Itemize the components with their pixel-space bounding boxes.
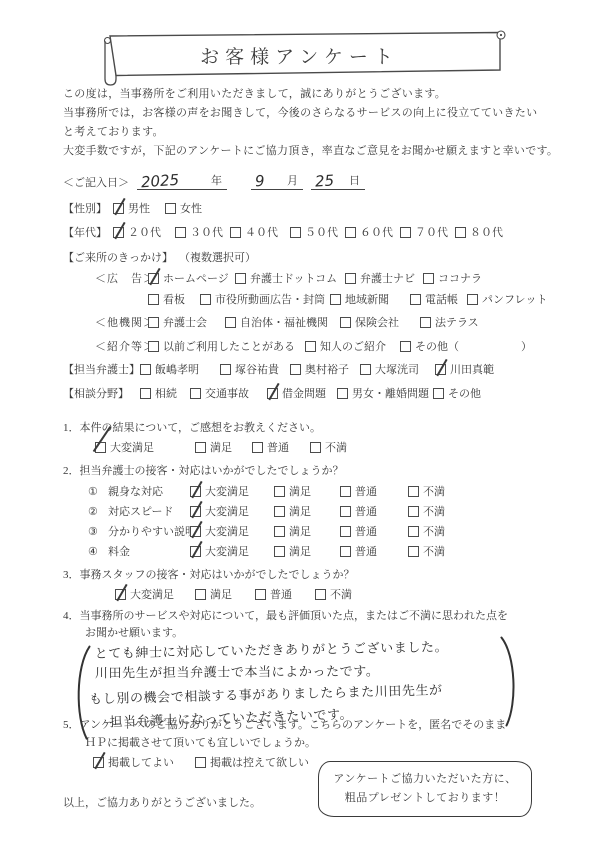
- gift-notice-line: アンケートご協力いただいた方に、: [319, 770, 531, 789]
- opt-lawyer-tsukaya[interactable]: 塚谷祐貴: [220, 361, 290, 377]
- item-number: ②: [88, 505, 108, 518]
- opt-age-20s[interactable]: ２０代: [113, 224, 175, 240]
- q1-options-row: 大変満足 満足 普通 不満: [95, 439, 347, 455]
- checkbox-field-other[interactable]: [433, 388, 444, 399]
- intro-line: 大変手数ですが，下記のアンケートにご協力頂き，率直なご意見をお聞かせ願えますと幸…: [63, 142, 558, 161]
- opt-age-70s[interactable]: ７０代: [400, 224, 455, 240]
- checkbox-label: 満足: [210, 586, 232, 602]
- opt-q3-dissatisfied[interactable]: 不満: [315, 586, 352, 602]
- opt-q2-1-very-satisfied[interactable]: 大変満足: [190, 483, 274, 499]
- entry-date-label: ＜ご記入日＞: [63, 174, 129, 190]
- checkbox-label: 交通事故: [205, 385, 249, 401]
- opt-homepage[interactable]: ホームページ: [148, 270, 235, 286]
- opt-field-other[interactable]: その他: [433, 385, 481, 401]
- handwritten-year: 2025: [141, 174, 180, 190]
- opt-phonebook[interactable]: 電話帳: [410, 291, 467, 307]
- q2-item-row: ② 対応スピード 大変満足 満足 普通 不満: [88, 503, 445, 519]
- checkbox-insurance-company[interactable]: [340, 317, 351, 328]
- checkbox-label: 知人のご紹介: [320, 338, 386, 354]
- checkbox-q2-4-normal[interactable]: [340, 546, 351, 557]
- opt-lawyer-okumura[interactable]: 奥村裕子: [290, 361, 360, 377]
- consult-field-row: 【相談分野】 相続 交通事故 借金問題 男女・離婚問題 その他: [63, 385, 481, 401]
- checkbox-label: ２０代: [128, 224, 161, 240]
- item-label: 親身な対応: [108, 483, 190, 499]
- checkbox-age-70s[interactable]: [400, 227, 411, 238]
- checkbox-publish-no[interactable]: [195, 757, 206, 768]
- checkbox-label: 相続: [155, 385, 177, 401]
- checkbox-pamphlet[interactable]: [467, 294, 478, 305]
- checkbox-label: 掲載してよい: [108, 754, 174, 770]
- checkbox-label: 塚谷祐貴: [235, 361, 279, 377]
- checkbox-label: 不満: [423, 543, 445, 559]
- lawyer-label: 【担当弁護士】: [63, 361, 140, 377]
- q2-item-row: ① 親身な対応 大変満足 満足 普通 不満: [88, 483, 445, 499]
- opt-divorce-problem[interactable]: 男女・離婚問題: [337, 385, 433, 401]
- checkbox-label: 普通: [355, 483, 377, 499]
- opt-inheritance[interactable]: 相続: [140, 385, 190, 401]
- checkbox-age-30s[interactable]: [175, 227, 186, 238]
- opt-other-reason[interactable]: その他（: [400, 338, 459, 354]
- q2-item-row: ④ 料金 大変満足 満足 普通 不満: [88, 543, 445, 559]
- opt-lawyer-iijima[interactable]: 飯嶋孝明: [140, 361, 220, 377]
- item-label: 対応スピード: [108, 503, 190, 519]
- opt-q2-2-dissatisfied[interactable]: 不満: [408, 503, 445, 519]
- checkbox-q2-1-normal[interactable]: [340, 486, 351, 497]
- checkbox-lawyer-okumura[interactable]: [290, 364, 301, 375]
- checkbox-label: 普通: [355, 503, 377, 519]
- checkbox-age-40s[interactable]: [230, 227, 241, 238]
- checkbox-houterasu[interactable]: [420, 317, 431, 328]
- checkbox-label: 市役所動画広告・封筒: [215, 291, 325, 307]
- item-number: ③: [88, 525, 108, 538]
- q5-options-row: 掲載してよい 掲載は控えて欲しい: [93, 754, 309, 770]
- checkbox-q1-dissatisfied[interactable]: [310, 442, 321, 453]
- opt-female[interactable]: 女性: [165, 200, 202, 216]
- visit-referral-row: ＜紹介等＞ 以前ご利用したことがある 知人のご紹介 その他（ ）: [95, 338, 532, 354]
- survey-document: お客様アンケート この度は，当事務所をご利用いただきまして，誠にありがとうござい…: [0, 0, 600, 847]
- checkbox-label: 男性: [128, 200, 150, 216]
- checkbox-label: 看板: [163, 291, 185, 307]
- checkbox-homepage[interactable]: [148, 273, 159, 284]
- intro-line: この度は，当事務所をご利用いただきまして，誠にありがとうございます。: [63, 85, 558, 104]
- checkbox-municipality[interactable]: [225, 317, 236, 328]
- entry-date-row: ＜ご記入日＞ 2025 年 9 月 25 日: [63, 172, 365, 190]
- opt-acquaintance-referral[interactable]: 知人のご紹介: [305, 338, 400, 354]
- checkbox-q3-satisfied[interactable]: [195, 589, 206, 600]
- other-paren-close: ）: [521, 338, 532, 354]
- item-number: ①: [88, 485, 108, 498]
- opt-q2-2-normal[interactable]: 普通: [340, 503, 408, 519]
- checkbox-q2-3-very-satisfied[interactable]: [190, 526, 201, 537]
- opt-q2-4-normal[interactable]: 普通: [340, 543, 408, 559]
- checkbox-label: 不満: [423, 483, 445, 499]
- opt-municipality[interactable]: 自治体・福祉機関: [225, 314, 340, 330]
- opt-q2-1-satisfied[interactable]: 満足: [274, 483, 340, 499]
- checkbox-q3-very-satisfied[interactable]: [115, 589, 126, 600]
- consult-field-label: 【相談分野】: [63, 385, 140, 401]
- checkbox-label: 川田真範: [450, 361, 494, 377]
- gender-row: 【性別】 男性 女性: [63, 200, 202, 216]
- q3-heading: 3．事務スタッフの接客・対応はいかがでしたでしょうか？: [63, 566, 355, 582]
- opt-lawyer-kawada[interactable]: 川田真範: [435, 361, 494, 377]
- q4-heading-line2: お聞かせ願います。: [85, 624, 183, 640]
- day-unit: 日: [349, 172, 361, 188]
- checkbox-bengoshi-com[interactable]: [235, 273, 246, 284]
- opt-pamphlet[interactable]: パンフレット: [467, 291, 547, 307]
- opt-q2-3-very-satisfied[interactable]: 大変満足: [190, 523, 274, 539]
- opt-publish-no[interactable]: 掲載は控えて欲しい: [195, 754, 309, 770]
- opt-insurance-company[interactable]: 保険会社: [340, 314, 420, 330]
- opt-q1-normal[interactable]: 普通: [252, 439, 310, 455]
- opt-q1-dissatisfied[interactable]: 不満: [310, 439, 347, 455]
- item-number: ④: [88, 545, 108, 558]
- checkbox-bar-association[interactable]: [148, 317, 159, 328]
- item-label: 分かりやすい説明: [108, 523, 190, 539]
- checkbox-age-50s[interactable]: [290, 227, 301, 238]
- opt-local-newspaper[interactable]: 地域新聞: [330, 291, 410, 307]
- checkbox-q1-normal[interactable]: [252, 442, 263, 453]
- checkbox-label: 大変満足: [130, 586, 174, 602]
- checkbox-signboard[interactable]: [148, 294, 159, 305]
- checkbox-age-80s[interactable]: [455, 227, 466, 238]
- checkbox-lawyer-otsuka[interactable]: [360, 364, 371, 375]
- checkbox-label: 飯嶋孝明: [155, 361, 199, 377]
- checkbox-lawyer-kawada[interactable]: [435, 364, 446, 375]
- category-other-orgs: ＜他機関＞: [95, 314, 148, 330]
- checkbox-label: 女性: [180, 200, 202, 216]
- checkbox-label: パンフレット: [482, 291, 547, 307]
- checkbox-used-before[interactable]: [148, 341, 159, 352]
- checkbox-label: 普通: [355, 543, 377, 559]
- checkbox-label: ８０代: [470, 224, 503, 240]
- checkbox-label: ３０代: [190, 224, 223, 240]
- checkbox-label: 弁護士会: [163, 314, 207, 330]
- opt-q2-1-dissatisfied[interactable]: 不満: [408, 483, 445, 499]
- intro-line: 当事務所では，お客様の声をお聞きして，今後のさらなるサービスの向上に役立てていき…: [63, 104, 558, 123]
- opt-q2-4-dissatisfied[interactable]: 不満: [408, 543, 445, 559]
- checkbox-q2-1-satisfied[interactable]: [274, 486, 285, 497]
- opt-houterasu[interactable]: 法テラス: [420, 314, 479, 330]
- opt-q3-very-satisfied[interactable]: 大変満足: [115, 586, 195, 602]
- intro-paragraph: この度は，当事務所をご利用いただきまして，誠にありがとうございます。 当事務所で…: [63, 85, 558, 161]
- checkbox-q2-2-satisfied[interactable]: [274, 506, 285, 517]
- page-title: お客様アンケート: [97, 42, 502, 69]
- q1-heading: 1．本件の結果について，ご感想をお教えください。: [63, 419, 321, 435]
- checkbox-label: 以前ご利用したことがある: [163, 338, 295, 354]
- checkbox-q2-2-very-satisfied[interactable]: [190, 506, 201, 517]
- opt-bengoshi-navi[interactable]: 弁護士ナビ: [345, 270, 423, 286]
- checkbox-label: 掲載は控えて欲しい: [210, 754, 309, 770]
- opt-q3-satisfied[interactable]: 満足: [195, 586, 255, 602]
- opt-q2-2-very-satisfied[interactable]: 大変満足: [190, 503, 274, 519]
- checkbox-traffic-accident[interactable]: [190, 388, 201, 399]
- q3-options-row: 大変満足 満足 普通 不満: [115, 586, 352, 602]
- checkbox-q2-4-dissatisfied[interactable]: [408, 546, 419, 557]
- checkbox-label: 自治体・福祉機関: [240, 314, 328, 330]
- visit-ad-row-2: 看板 市役所動画広告・封筒 地域新聞 電話帳 パンフレット: [148, 291, 547, 307]
- checkbox-label: ココナラ: [438, 270, 482, 286]
- age-label: 【年代】: [63, 224, 113, 240]
- checkbox-label: 普通: [267, 439, 289, 455]
- date-year-field[interactable]: 2025 年: [137, 172, 227, 190]
- checkbox-inheritance[interactable]: [140, 388, 151, 399]
- checkbox-label: 大塚洸司: [375, 361, 419, 377]
- checkbox-q2-3-dissatisfied[interactable]: [408, 526, 419, 537]
- opt-q2-3-satisfied[interactable]: 満足: [274, 523, 340, 539]
- opt-age-40s[interactable]: ４０代: [230, 224, 290, 240]
- checkbox-label: 満足: [289, 483, 311, 499]
- handwritten-day: 25: [315, 174, 335, 188]
- title-banner: お客様アンケート: [97, 27, 512, 89]
- gender-label: 【性別】: [63, 200, 113, 216]
- date-day-field[interactable]: 25 日: [311, 172, 365, 190]
- checkbox-label: ６０代: [360, 224, 393, 240]
- checkbox-label: 大変満足: [205, 503, 249, 519]
- checkbox-label: 不満: [325, 439, 347, 455]
- checkbox-label: 不満: [423, 503, 445, 519]
- opt-publish-ok[interactable]: 掲載してよい: [93, 754, 195, 770]
- opt-signboard[interactable]: 看板: [148, 291, 200, 307]
- checkbox-label: 法テラス: [435, 314, 479, 330]
- checkbox-coconala[interactable]: [423, 273, 434, 284]
- checkbox-label: 男女・離婚問題: [352, 385, 429, 401]
- checkbox-lawyer-tsukaya[interactable]: [220, 364, 231, 375]
- checkbox-label: 満足: [289, 523, 311, 539]
- opt-male[interactable]: 男性: [113, 200, 165, 216]
- age-row: 【年代】 ２０代 ３０代 ４０代 ５０代 ６０代 ７０代 ８０代: [63, 224, 503, 240]
- checkbox-q2-3-normal[interactable]: [340, 526, 351, 537]
- opt-bar-association[interactable]: 弁護士会: [148, 314, 225, 330]
- opt-q2-2-satisfied[interactable]: 満足: [274, 503, 340, 519]
- lawyer-row: 【担当弁護士】 飯嶋孝明 塚谷祐貴 奥村裕子 大塚洸司 川田真範: [63, 361, 494, 377]
- checkbox-q2-2-dissatisfied[interactable]: [408, 506, 419, 517]
- checkbox-label: その他: [448, 385, 481, 401]
- category-referral: ＜紹介等＞: [95, 338, 148, 354]
- opt-q2-3-normal[interactable]: 普通: [340, 523, 408, 539]
- opt-debt-problem[interactable]: 借金問題: [267, 385, 337, 401]
- checkbox-q2-2-normal[interactable]: [340, 506, 351, 517]
- checkbox-cityhall-ad[interactable]: [200, 294, 211, 305]
- q2-heading: 2．担当弁護士の接客・対応はいかがでしたでしょうか？: [63, 462, 344, 478]
- year-unit: 年: [211, 172, 223, 188]
- q4-heading-line1: 4．当事務所のサービスや対応について，最も評価頂いた点，またはご不満に思われた点…: [63, 607, 508, 623]
- checkbox-label: 普通: [355, 523, 377, 539]
- checkbox-q1-satisfied[interactable]: [195, 442, 206, 453]
- opt-bengoshi-com[interactable]: 弁護士ドットコム: [235, 270, 345, 286]
- q2-item-row: ③ 分かりやすい説明 大変満足 満足 普通 不満: [88, 523, 445, 539]
- checkbox-label: 弁護士ドットコム: [250, 270, 337, 286]
- checkbox-q1-very-satisfied[interactable]: [95, 442, 106, 453]
- category-advertising: ＜広 告＞: [95, 270, 148, 286]
- checkbox-other-reason[interactable]: [400, 341, 411, 352]
- checkbox-label: ７０代: [415, 224, 448, 240]
- opt-q2-1-normal[interactable]: 普通: [340, 483, 408, 499]
- checkbox-age-20s[interactable]: [113, 227, 124, 238]
- item-label: 料金: [108, 543, 190, 559]
- checkbox-female[interactable]: [165, 203, 176, 214]
- checkbox-label: その他（: [415, 338, 459, 354]
- handwritten-month: 9: [255, 175, 265, 189]
- checkbox-label: 弁護士ナビ: [360, 270, 415, 286]
- checkbox-debt-problem[interactable]: [267, 388, 278, 399]
- checkbox-label: 借金問題: [282, 385, 326, 401]
- checkbox-q2-3-satisfied[interactable]: [274, 526, 285, 537]
- q5-heading-line2: ＨＰに掲載させて頂いても宜しいでしょうか。: [85, 734, 316, 750]
- checkbox-label: 満足: [289, 543, 311, 559]
- checkbox-label: 奥村裕子: [305, 361, 349, 377]
- opt-age-60s[interactable]: ６０代: [345, 224, 400, 240]
- q5-heading-line1: 5．アンケートへのご協力ありがとうございます。こちらのアンケートを，匿名でそのま…: [63, 716, 506, 732]
- opt-lawyer-otsuka[interactable]: 大塚洸司: [360, 361, 435, 377]
- checkbox-q3-dissatisfied[interactable]: [315, 589, 326, 600]
- checkbox-divorce-problem[interactable]: [337, 388, 348, 399]
- checkbox-male[interactable]: [113, 203, 124, 214]
- checkbox-acquaintance-referral[interactable]: [305, 341, 316, 352]
- opt-q1-very-satisfied[interactable]: 大変満足: [95, 439, 195, 455]
- checkbox-age-60s[interactable]: [345, 227, 356, 238]
- checkbox-label: 大変満足: [205, 483, 249, 499]
- intro-line: と考えております。: [63, 123, 558, 142]
- visit-org-row: ＜他機関＞ 弁護士会 自治体・福祉機関 保険会社 法テラス: [95, 314, 479, 330]
- checkbox-label: 地域新聞: [345, 291, 389, 307]
- checkbox-label: 満足: [289, 503, 311, 519]
- opt-age-50s[interactable]: ５０代: [290, 224, 345, 240]
- checkbox-q3-normal[interactable]: [255, 589, 266, 600]
- date-month-field[interactable]: 9 月: [251, 172, 303, 190]
- checkbox-label: 大変満足: [205, 523, 249, 539]
- checkbox-label: 大変満足: [205, 543, 249, 559]
- checkbox-q2-1-very-satisfied[interactable]: [190, 486, 201, 497]
- checkbox-label: 保険会社: [355, 314, 399, 330]
- visit-ad-row: ＜広 告＞ ホームページ 弁護士ドットコム 弁護士ナビ ココナラ: [95, 270, 482, 286]
- opt-q3-normal[interactable]: 普通: [255, 586, 315, 602]
- checkbox-label: ホームページ: [163, 270, 229, 286]
- checkbox-q2-4-very-satisfied[interactable]: [190, 546, 201, 557]
- opt-q2-3-dissatisfied[interactable]: 不満: [408, 523, 445, 539]
- gift-notice-box: アンケートご協力いただいた方に、 粗品プレゼントしております！: [318, 761, 532, 817]
- checkbox-publish-ok[interactable]: [93, 757, 104, 768]
- checkbox-label: 満足: [210, 439, 232, 455]
- checkbox-lawyer-iijima[interactable]: [140, 364, 151, 375]
- checkbox-label: 不満: [423, 523, 445, 539]
- checkbox-q2-4-satisfied[interactable]: [274, 546, 285, 557]
- opt-age-30s[interactable]: ３０代: [175, 224, 230, 240]
- opt-q1-satisfied[interactable]: 満足: [195, 439, 252, 455]
- checkbox-phonebook[interactable]: [410, 294, 421, 305]
- opt-cityhall-ad[interactable]: 市役所動画広告・封筒: [200, 291, 330, 307]
- visit-reason-header: 【ご来所のきっかけ】 （複数選択可）: [63, 249, 256, 265]
- checkbox-label: 不満: [330, 586, 352, 602]
- opt-traffic-accident[interactable]: 交通事故: [190, 385, 267, 401]
- month-unit: 月: [287, 172, 299, 188]
- checkbox-label: 電話帳: [425, 291, 458, 307]
- closing-text: 以上，ご協力ありがとうございました。: [63, 794, 261, 810]
- visit-reason-note: （複数選択可）: [179, 249, 256, 265]
- opt-age-80s[interactable]: ８０代: [455, 224, 503, 240]
- checkbox-label: ５０代: [305, 224, 338, 240]
- checkbox-label: 普通: [270, 586, 292, 602]
- checkbox-label: ４０代: [245, 224, 278, 240]
- opt-coconala[interactable]: ココナラ: [423, 270, 482, 286]
- opt-q2-4-satisfied[interactable]: 満足: [274, 543, 340, 559]
- checkbox-label: 大変満足: [110, 439, 154, 455]
- checkbox-q2-1-dissatisfied[interactable]: [408, 486, 419, 497]
- opt-q2-4-very-satisfied[interactable]: 大変満足: [190, 543, 274, 559]
- opt-used-before[interactable]: 以前ご利用したことがある: [148, 338, 305, 354]
- visit-reason-label: 【ご来所のきっかけ】: [63, 249, 173, 265]
- gift-notice-line: 粗品プレゼントしております！: [319, 789, 531, 808]
- checkbox-local-newspaper[interactable]: [330, 294, 341, 305]
- checkbox-bengoshi-navi[interactable]: [345, 273, 356, 284]
